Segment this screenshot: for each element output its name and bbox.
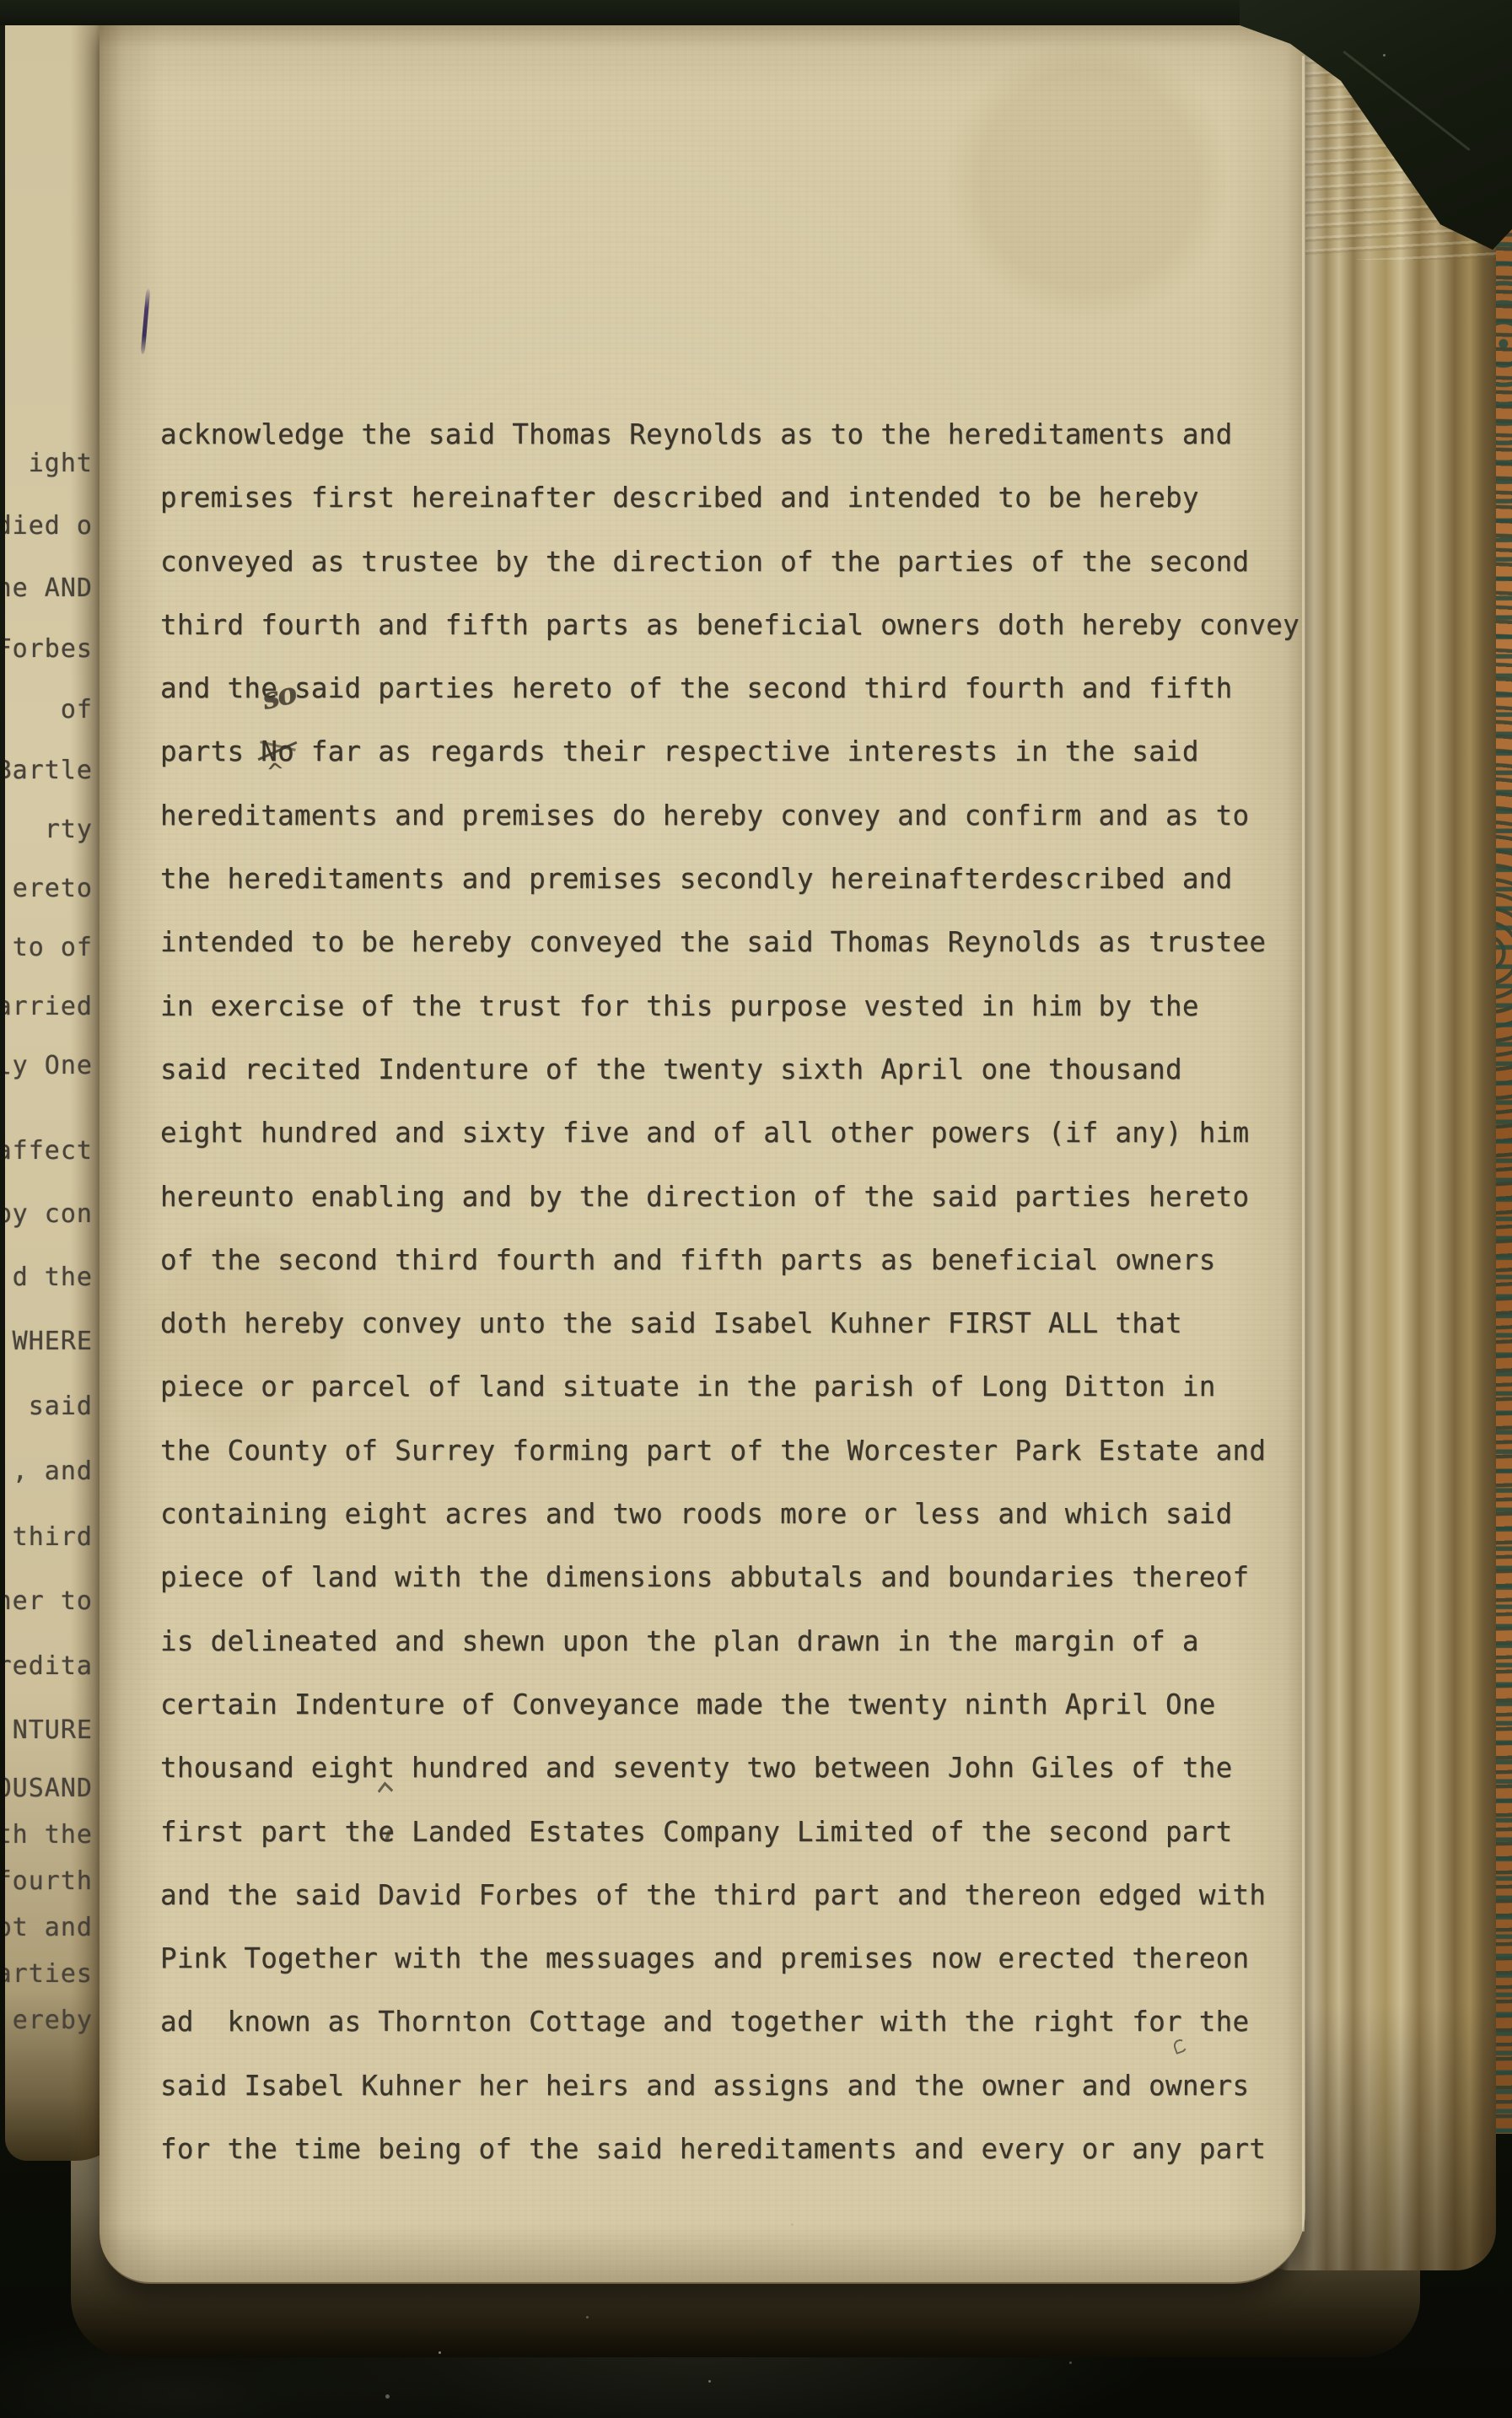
left-page-fragment: HOUSAND: [5, 1774, 93, 1803]
left-page-fragment: to of: [13, 933, 93, 962]
typed-line: containing eight acres and two roods mor…: [160, 1483, 1317, 1546]
left-page-fragment: d the: [13, 1263, 93, 1292]
typed-line: of the second third fourth and fifth par…: [160, 1229, 1317, 1292]
typed-line: piece or parcel of land situate in the p…: [160, 1355, 1317, 1419]
left-page-fragment: ne AND: [5, 574, 93, 603]
typed-line: and the said David Forbes of the third p…: [160, 1864, 1317, 1927]
typed-line: thousand eight hundred and seventy two b…: [160, 1737, 1317, 1800]
typed-line: said recited Indenture of the twenty six…: [160, 1038, 1317, 1101]
scanned-deed-photo: ightdied one ANDForbesofBartlertyeretoto…: [0, 0, 1512, 2418]
left-page-fragment: parties: [5, 1959, 93, 1989]
left-page-fragment: fourth: [5, 1866, 93, 1896]
typed-line: piece of land with the dimensions abbuta…: [160, 1546, 1317, 1609]
left-page-fragment: d third: [5, 1522, 93, 1552]
caret-mark: ^: [266, 761, 284, 783]
typed-line: in exercise of the trust for this purpos…: [160, 975, 1317, 1038]
typed-line: conveyed as trustee by the direction of …: [160, 530, 1317, 594]
struck-word-wrap: Noso^: [261, 720, 294, 784]
left-page-fragment: died o: [5, 511, 93, 541]
typed-line: is delineated and shewn upon the plan dr…: [160, 1610, 1317, 1673]
left-page-fragment: ereby: [13, 2006, 93, 2035]
main-page: acknowledge the said Thomas Reynolds as …: [100, 22, 1305, 2284]
typed-line: premises first hereinafter described and…: [160, 466, 1317, 530]
typed-line: first part the Landed Estates Company Li…: [160, 1801, 1317, 1864]
typed-line: hereunto enabling and by the direction o…: [160, 1166, 1317, 1229]
left-page-fragment: married: [5, 992, 93, 1021]
left-page-fragment: , and: [13, 1457, 93, 1486]
left-page-fragment: eby con: [5, 1199, 93, 1229]
typed-line: Pink Together with the messuages and pre…: [160, 1927, 1317, 1990]
left-page-fragment: with the: [5, 1820, 93, 1850]
typed-segment: parts: [160, 735, 261, 767]
typed-line: certain Indenture of Conveyance made the…: [160, 1673, 1317, 1737]
handwritten-correction: so: [260, 679, 299, 715]
left-page-fragment: affect: [5, 1136, 93, 1166]
typed-segment: far as regards their respective interest…: [294, 735, 1199, 767]
left-page-fragment: NTURE: [13, 1715, 93, 1745]
left-page-fragment: ereto: [13, 874, 93, 903]
typed-line: doth hereby convey unto the said Isabel …: [160, 1292, 1317, 1355]
left-page-fragment: said: [29, 1392, 93, 1421]
typed-line: eight hundred and sixty five and of all …: [160, 1101, 1317, 1165]
left-page-fragment: eipt and: [5, 1913, 93, 1942]
left-page-fragment: heredita: [5, 1651, 93, 1681]
pen-ink-stroke: [141, 288, 151, 354]
left-page-fragment: D WHERE: [5, 1327, 93, 1356]
left-page-fragment: ight: [29, 449, 93, 478]
typed-line: parts Noso^ far as regards their respect…: [160, 720, 1317, 784]
left-page-fragment: Forbes: [5, 634, 93, 664]
typed-text: acknowledge the said Thomas Reynolds as …: [160, 403, 1317, 2181]
left-page-fragment: Bartle: [5, 756, 93, 785]
typed-line: the hereditaments and premises secondly …: [160, 848, 1317, 911]
left-page-fragment: her to: [5, 1586, 93, 1616]
typed-line: and the said parties hereto of the secon…: [160, 657, 1317, 720]
typed-line: said Isabel Kuhner her heirs and assigns…: [160, 2054, 1317, 2118]
typed-line: the County of Surrey forming part of the…: [160, 1419, 1317, 1483]
typed-line: intended to be hereby conveyed the said …: [160, 911, 1317, 974]
left-page-fragment: ly One: [5, 1051, 93, 1080]
left-page-fragment: of: [61, 695, 93, 724]
left-page-fragment: rty: [45, 815, 93, 844]
typed-line: third fourth and fifth parts as benefici…: [160, 594, 1317, 657]
typed-line: ad known as Thornton Cottage and togethe…: [160, 1990, 1317, 2054]
typed-line: for the time being of the said hereditam…: [160, 2118, 1317, 2181]
typed-line: hereditaments and premises do hereby con…: [160, 784, 1317, 848]
typed-line: acknowledge the said Thomas Reynolds as …: [160, 403, 1317, 466]
